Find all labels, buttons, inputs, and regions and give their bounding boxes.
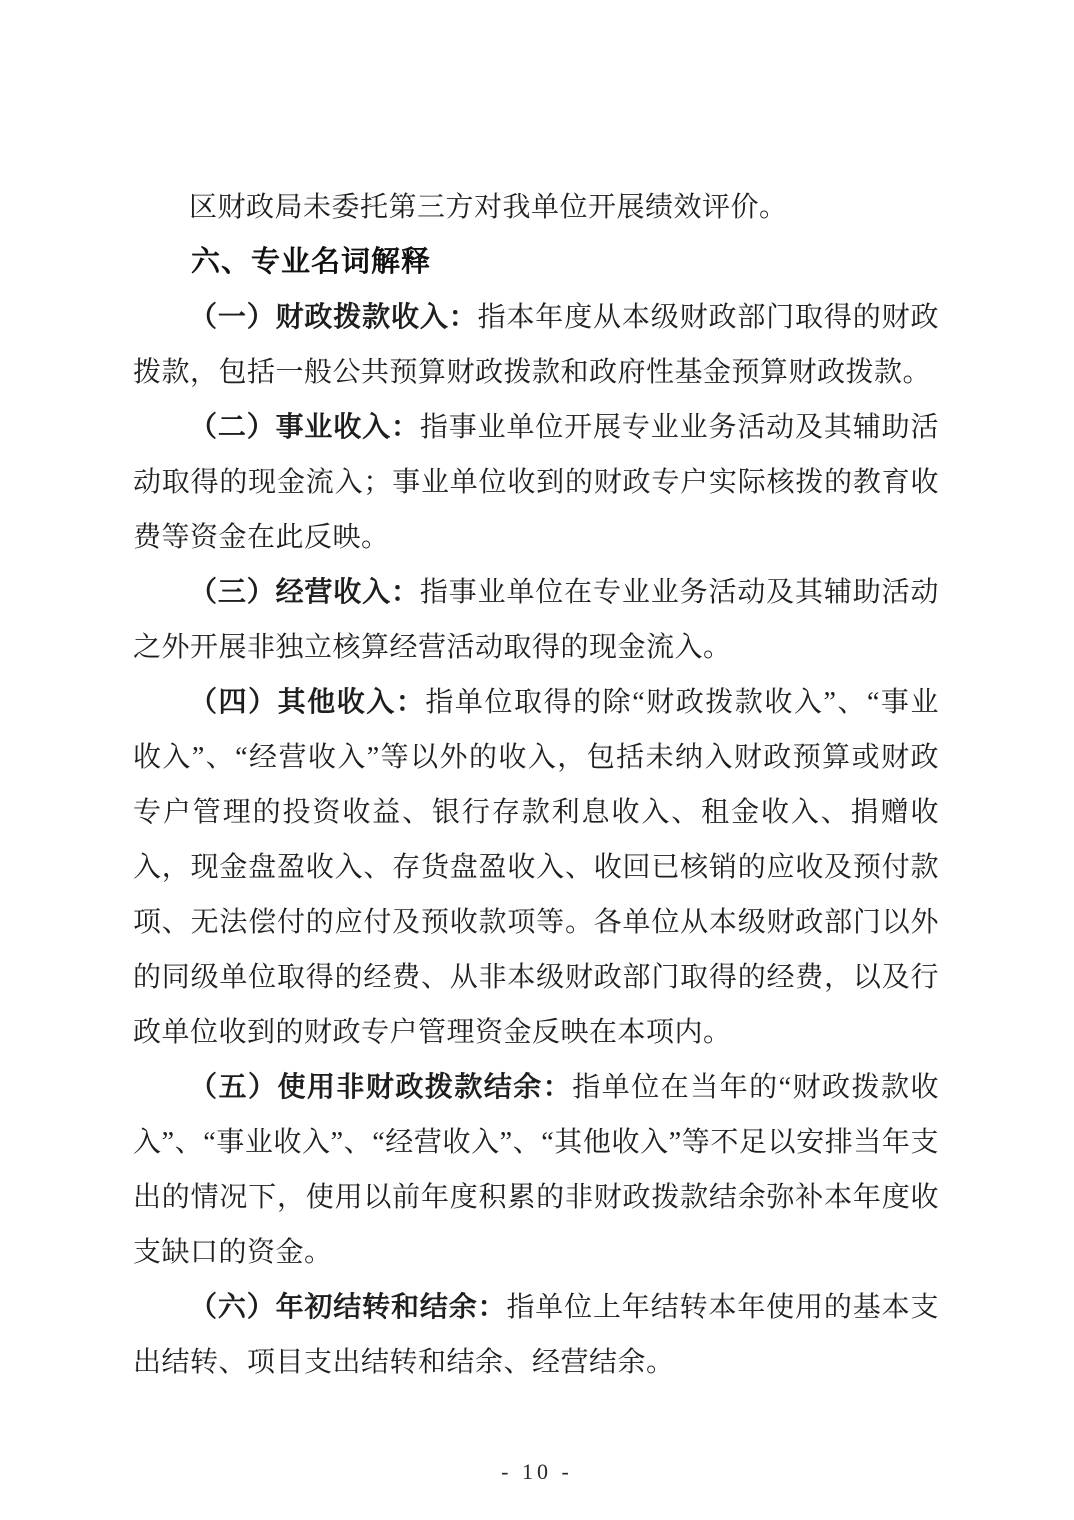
definition-paragraph: （四）其他收入：指单位取得的除“财政拨款收入”、“事业收入”、“经营收入”等以外… — [133, 675, 939, 1060]
definition-paragraph: （三）经营收入：指事业单位在专业业务活动及其辅助活动之外开展非独立核算经营活动取… — [133, 565, 939, 675]
text-block: 区财政局未委托第三方对我单位开展绩效评价。 六、专业名词解释 （一）财政拨款收入… — [133, 180, 939, 1390]
definition-paragraph: （六）年初结转和结余：指单位上年结转本年使用的基本支出结转、项目支出结转和结余、… — [133, 1280, 939, 1390]
definition-paragraph: （一）财政拨款收入：指本年度从本级财政部门取得的财政拨款，包括一般公共预算财政拨… — [133, 290, 939, 400]
term-label: （六）年初结转和结余： — [189, 1292, 506, 1323]
document-page: { "document": { "intro_line": "区财政局未委托第三… — [0, 0, 1074, 1520]
page-number: - 10 - — [0, 1458, 1074, 1486]
term-definition: 指单位取得的除“财政拨款收入”、“事业收入”、“经营收入”等以外的收入，包括未纳… — [133, 687, 939, 1048]
definition-paragraph: （五）使用非财政拨款结余：指单位在当年的“财政拨款收入”、“事业收入”、“经营收… — [133, 1060, 939, 1280]
paragraph-intro: 区财政局未委托第三方对我单位开展绩效评价。 — [133, 180, 939, 235]
term-label: （五）使用非财政拨款结余： — [189, 1072, 572, 1103]
section-heading: 六、专业名词解释 — [133, 235, 939, 290]
term-label: （二）事业收入： — [189, 412, 420, 443]
definition-paragraph: （二）事业收入：指事业单位开展专业业务活动及其辅助活动取得的现金流入；事业单位收… — [133, 400, 939, 565]
term-label: （三）经营收入： — [189, 577, 420, 608]
term-label: （一）财政拨款收入： — [189, 302, 478, 333]
term-label: （四）其他收入： — [189, 687, 425, 718]
